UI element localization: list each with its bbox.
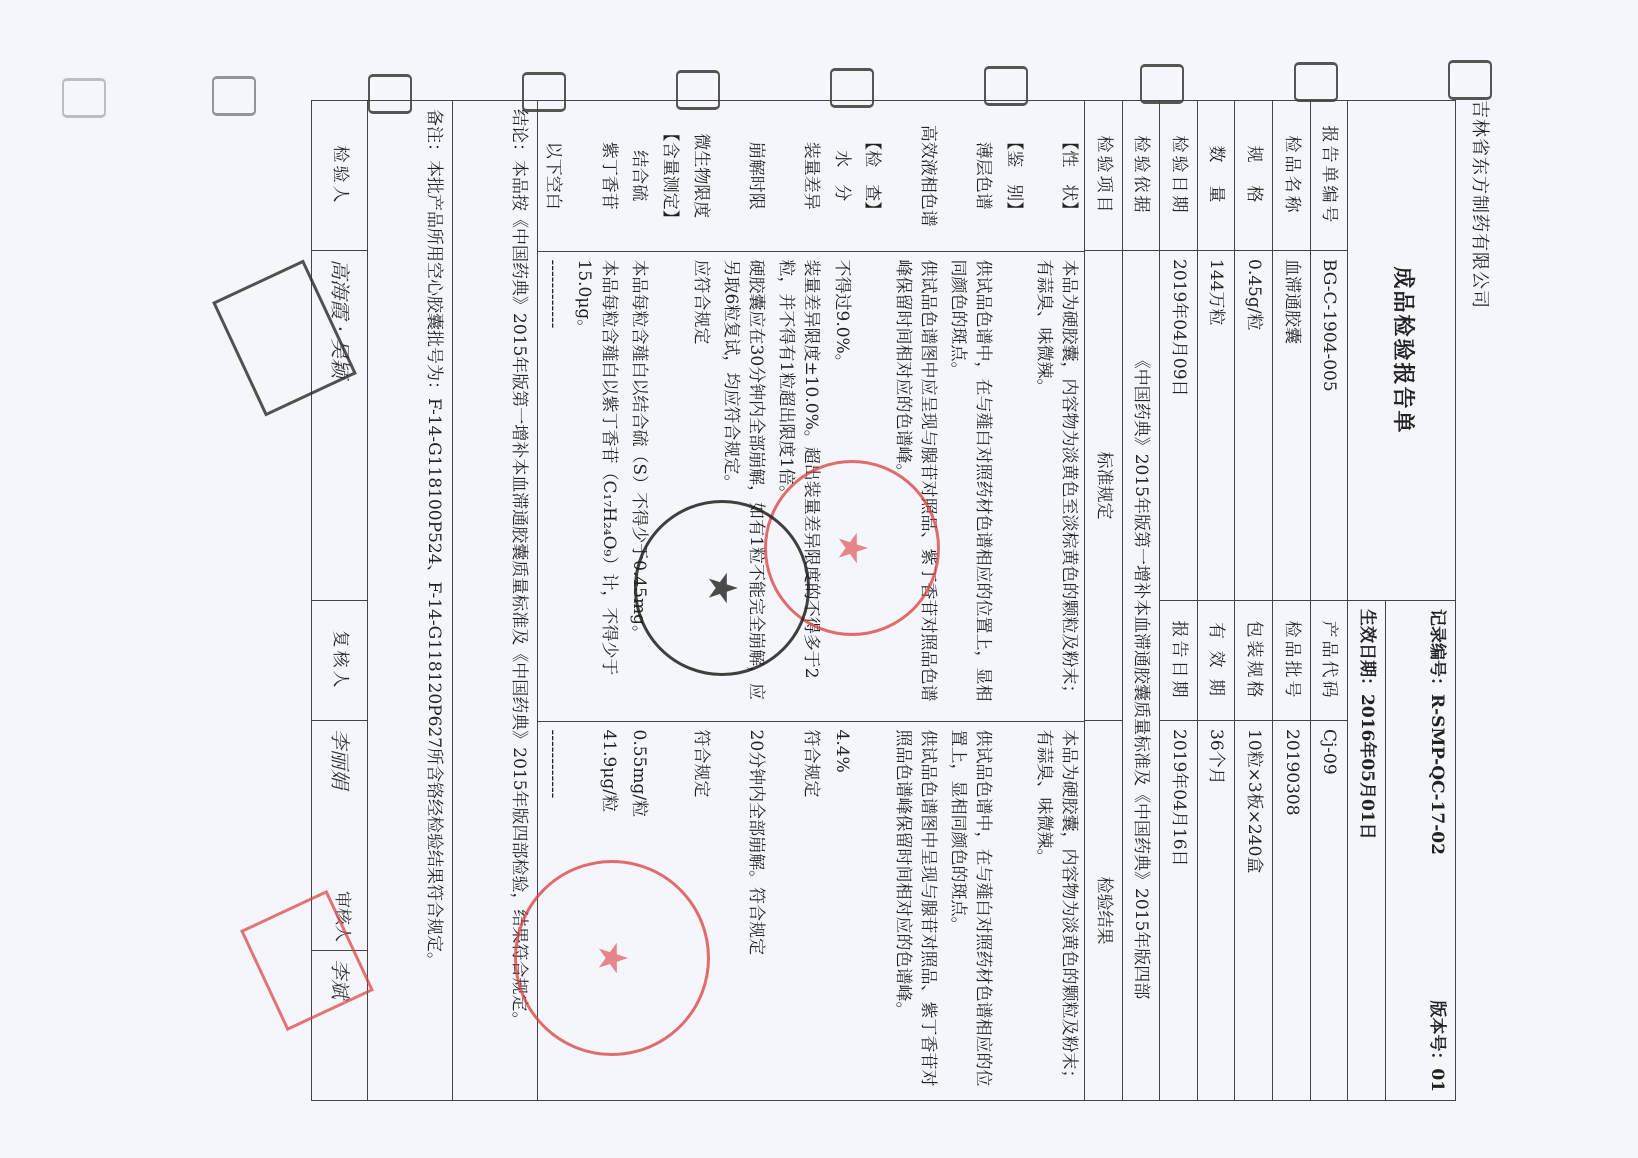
spec-value: 0.45g/粒 (1235, 251, 1273, 601)
test-item-result (998, 721, 1029, 1101)
test-item-result: 20分钟内全部崩解。符合规定 (716, 721, 771, 1101)
test-item-row: 装量差异装量差异限度±10.0%。超出装量差异限度的不得多于2粒，并不得有1粒超… (771, 101, 826, 1101)
company-name: 吉林省东方制药有限公司 (1468, 100, 1494, 309)
test-item-item: 【含量测定】 (654, 101, 685, 251)
test-item-result (654, 721, 685, 1101)
column-item: 检验项目 (1084, 101, 1122, 251)
test-item-row: 【含量测定】 (654, 101, 685, 1101)
inspector-signature: 高海霞 · 吴颖 (311, 251, 367, 601)
test-item-item: 水 分 (826, 101, 857, 251)
test-item-item: 薄层色谱 (943, 101, 998, 251)
test-item-result: 供试品色谱中，在与薤白对照药材色谱相应的位置上，显相同颜色的斑点。 (943, 721, 998, 1101)
reviewer-signature: 李丽娟 (328, 729, 352, 789)
column-standard: 标准规定 (1084, 251, 1122, 721)
test-item-row: 【检 查】 (857, 101, 888, 1101)
package-label: 包装规格 (1235, 601, 1273, 721)
test-items-table: 【性 状】本品为硬胶囊，内容物为淡黄色至淡棕黄色的颗粒及粉末；有蒜臭、味微辣。本… (538, 101, 1084, 1101)
test-item-row: 紫丁香苷本品每粒含薤白以紫丁香苷（C₁₇H₂₄O₉）计，不得少于15.0μg。4… (568, 101, 623, 1101)
test-item-row: 【性 状】本品为硬胶囊，内容物为淡黄色至淡棕黄色的颗粒及粉末；有蒜臭、味微辣。本… (1029, 101, 1084, 1101)
validity-value: 36个月 (1197, 721, 1235, 1101)
test-item-standard: 本品为硬胶囊，内容物为淡黄色至淡棕黄色的颗粒及粉末；有蒜臭、味微辣。 (1029, 251, 1084, 721)
quantity-label: 数 量 (1197, 101, 1235, 251)
test-item-result: 符合规定 (685, 721, 716, 1101)
test-item-standard: 硬胶囊应在30分钟内全部崩解，如有1粒不能完全崩解，应另取6粒复试，均应符合规定… (716, 251, 771, 721)
test-date-label: 检验日期 (1160, 101, 1198, 251)
test-item-standard (998, 251, 1029, 721)
validity-label: 有 效 期 (1197, 601, 1235, 721)
test-item-item: 结合硫 (624, 101, 655, 251)
test-date-value: 2019年04月09日 (1160, 251, 1198, 601)
test-item-result: ------------ (538, 721, 569, 1101)
test-item-row: 薄层色谱供试品色谱中，在与薤白对照药材色谱相应的位置上，显相同颜色的斑点。供试品… (943, 101, 998, 1101)
approver-label: 审核人 (329, 891, 354, 942)
report-table: 成品检验报告单 记录编号：R-SMP-QC-17-02 版本号：01 生效日期：… (311, 100, 1456, 1101)
test-item-row: 微生物限度应符合规定符合规定 (685, 101, 716, 1101)
column-result: 检验结果 (1084, 721, 1122, 1101)
package-value: 10粒×3板×240盒 (1235, 721, 1273, 1101)
test-item-item: 崩解时限 (716, 101, 771, 251)
test-item-standard: 供试品色谱中，在与薤白对照药材色谱相应的位置上，显相同颜色的斑点。 (943, 251, 998, 721)
product-name-value: 血滞通胶囊 (1273, 251, 1311, 601)
inspection-report-page: 吉林省东方制药有限公司 成品检验报告单 记录编号：R-SMP-QC-17-02 … (80, 100, 1500, 1110)
test-item-item: 【检 查】 (857, 101, 888, 251)
report-title: 成品检验报告单 (1348, 101, 1456, 601)
test-item-standard: 本品每粒含薤白以结合硫（S）不得少于0.45mg。 (624, 251, 655, 721)
remark: 备注：本批产品所用空心胶囊批号为：F-14-G118100P524、F-14-G… (367, 101, 452, 1101)
test-item-standard: 不得过9.0%。 (826, 251, 857, 721)
report-date-value: 2019年04月16日 (1160, 721, 1198, 1101)
test-item-standard: 供试品色谱图中应呈现与腺苷对照品、紫丁香苷对照品色谱峰保留时间相对应的色谱峰。 (887, 251, 942, 721)
test-item-item: 【鉴 别】 (998, 101, 1029, 251)
batch-no-label: 检品批号 (1273, 601, 1311, 721)
test-item-row: 水 分不得过9.0%。4.4% (826, 101, 857, 1101)
conclusion: 结论：本品按《中国药典》2015年版第一增补本血滞通胶囊质量标准及《中国药典》2… (452, 101, 537, 1101)
product-code-label: 产品代码 (1310, 601, 1348, 721)
quantity-value: 144万粒 (1197, 251, 1235, 601)
binder-holes (0, 60, 1638, 100)
test-item-result: 供试品色谱图中呈现与腺苷对照品、紫丁香苷对照品色谱峰保留时间相对应的色谱峰。 (887, 721, 942, 1101)
basis-label: 检验依据 (1122, 101, 1160, 251)
test-item-row: 高效液相色谱供试品色谱图中应呈现与腺苷对照品、紫丁香苷对照品色谱峰保留时间相对应… (887, 101, 942, 1101)
test-item-item: 【性 状】 (1029, 101, 1084, 251)
reviewer-cell: 李丽娟 审核人 (311, 721, 367, 951)
test-item-row: 【鉴 别】 (998, 101, 1029, 1101)
test-item-standard (654, 251, 685, 721)
test-item-item: 装量差异 (771, 101, 826, 251)
report-no-label: 报告单编号 (1310, 101, 1348, 251)
basis-value: 《中国药典》2015年版第一增补本血滞通胶囊质量标准及《中国药典》2015年版四… (1122, 251, 1160, 1101)
test-item-item: 微生物限度 (685, 101, 716, 251)
test-item-standard: 本品每粒含薤白以紫丁香苷（C₁₇H₂₄O₉）计，不得少于15.0μg。 (568, 251, 623, 721)
spec-label: 规 格 (1235, 101, 1273, 251)
test-item-row: 崩解时限硬胶囊应在30分钟内全部崩解，如有1粒不能完全崩解，应另取6粒复试，均应… (716, 101, 771, 1101)
test-item-result: 41.9μg/粒 (568, 721, 623, 1101)
test-item-item: 以下空白 (538, 101, 569, 251)
batch-no-value: 20190308 (1273, 721, 1311, 1101)
test-item-standard: 应符合规定 (685, 251, 716, 721)
test-item-row: 结合硫本品每粒含薤白以结合硫（S）不得少于0.45mg。0.55mg/粒 (624, 101, 655, 1101)
test-item-result (857, 721, 888, 1101)
version-number: 版本号：01 (1424, 1000, 1449, 1092)
report-no-value: BG-C-1904-005 (1310, 251, 1348, 601)
inspector-label: 检验人 (311, 101, 367, 251)
test-item-result: 本品为硬胶囊，内容物为淡黄色的颗粒及粉末；有蒜臭、味微辣。 (1029, 721, 1084, 1101)
test-item-item: 高效液相色谱 (887, 101, 942, 251)
test-item-result: 符合规定 (771, 721, 826, 1101)
product-name-label: 检品名称 (1273, 101, 1311, 251)
test-item-item: 紫丁香苷 (568, 101, 623, 251)
reviewer-label: 复核人 (311, 601, 367, 721)
test-item-standard: ------------ (538, 251, 569, 721)
approver-signature: 李斌 (311, 951, 367, 1101)
test-item-row: 以下空白------------------------ (538, 101, 569, 1101)
effective-date: 生效日期：2016年05月01日 (1348, 601, 1386, 1101)
product-code-value: Cj-09 (1310, 721, 1348, 1101)
report-date-label: 报告日期 (1160, 601, 1198, 721)
test-item-result: 0.55mg/粒 (624, 721, 655, 1101)
test-item-standard (857, 251, 888, 721)
test-item-standard: 装量差异限度±10.0%。超出装量差异限度的不得多于2粒，并不得有1粒超出限度1… (771, 251, 826, 721)
record-number: 记录编号：R-SMP-QC-17-02 版本号：01 (1386, 601, 1456, 1101)
test-item-result: 4.4% (826, 721, 857, 1101)
